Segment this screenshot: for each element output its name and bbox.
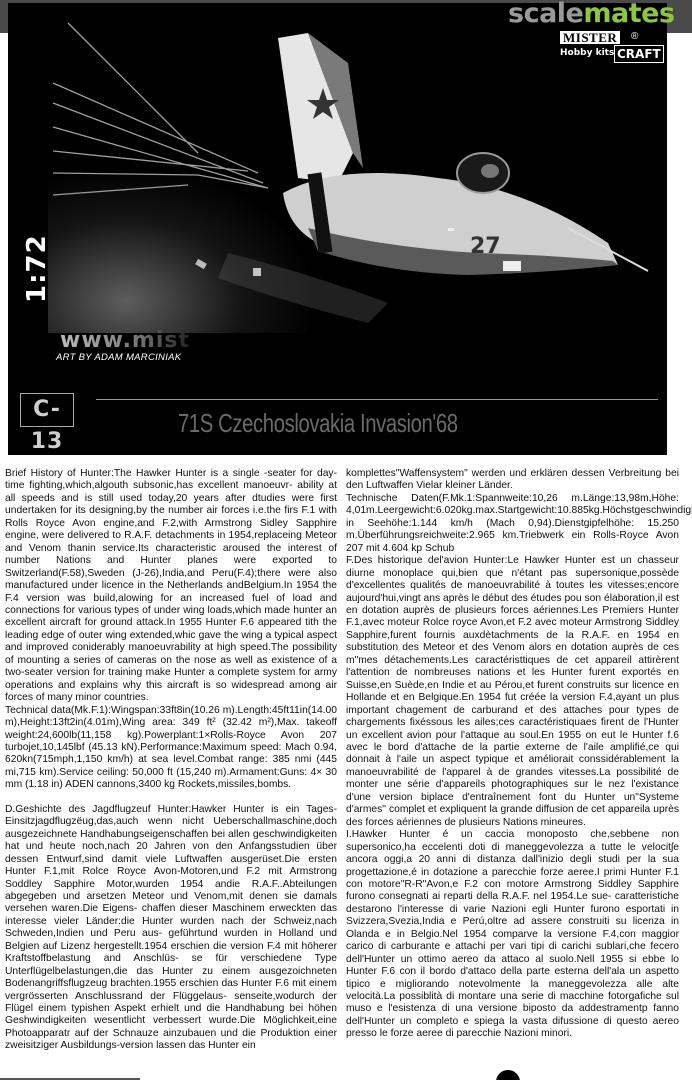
- italian-history: I.Hawker Hunter é un caccia monoposto ch…: [346, 829, 679, 1041]
- text-column-left: Brief History of Hunter:The Hawker Hunte…: [5, 468, 337, 1053]
- german-history: D.Geshichte des Jagdflugzeuf Hunter:Hawk…: [5, 804, 337, 1053]
- registered-icon: ®: [631, 31, 638, 42]
- german-history-continued: komplettes"Waffensystem" werden und erkl…: [346, 468, 679, 493]
- watermark-part-mates: mates: [583, 0, 674, 29]
- english-technical-data: Technical data(Mk.F.1):Wingspan:33ft8in(…: [5, 705, 337, 792]
- art-credit: ART BY ADAM MARCINIAK: [56, 352, 181, 363]
- scale-label: 1:72: [22, 234, 52, 303]
- title-divider: [96, 399, 658, 400]
- german-technical-data: Technische Daten(F.Mk.1:Spannweite:10,26…: [346, 493, 679, 555]
- logo-craft-text: CRAFT: [614, 45, 664, 63]
- mister-craft-logo: MISTER ® Hobby kits CRAFT: [558, 31, 667, 69]
- svg-text:27: 27: [470, 234, 501, 259]
- french-history: F.Des historique del'avion Hunter:Le Haw…: [346, 555, 679, 829]
- scalemates-watermark: scalemates: [508, 0, 675, 29]
- english-history: Brief History of Hunter:The Hawker Hunte…: [5, 468, 337, 705]
- binding-mark: [496, 1070, 520, 1080]
- text-column-right: komplettes"Waffensystem" werden und erkl…: [346, 468, 679, 1041]
- kit-title: 71S Czechoslovakia Invasion'68: [178, 408, 458, 439]
- kit-code: C-13: [20, 393, 74, 427]
- box-artwork: 27 1:72 www.mist ART BY ADAM MARCINIAK C…: [8, 3, 667, 455]
- logo-mister-text: MISTER: [560, 31, 620, 44]
- watermark-part-scale: scale: [508, 0, 583, 29]
- website-url: www.mist: [60, 328, 190, 353]
- logo-hobby-text: Hobby kits: [560, 48, 614, 58]
- background-haze: [48, 173, 308, 333]
